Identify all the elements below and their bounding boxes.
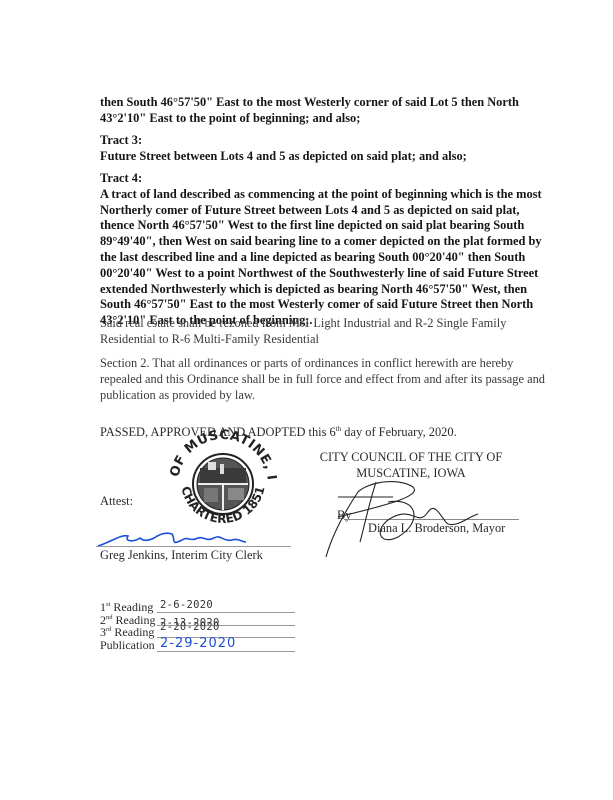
text-line: repealed and this Ordinance shall be in … [100, 372, 540, 388]
text-line: Residential to R-6 Multi-Family Resident… [100, 332, 540, 348]
text-line: Said real estate shall be rezoned from M… [100, 316, 540, 332]
text-line: Section 2. That all ordinances or parts … [100, 356, 540, 372]
tract-3-heading: Tract 3: [100, 133, 540, 149]
text-line: extended Northwesterly which is depicted… [100, 282, 540, 298]
text-line: 00°20'40" West to a point Northwest of t… [100, 266, 540, 282]
reading-date: 2-6-2020 [160, 599, 213, 611]
attest-label: Attest: [100, 494, 133, 509]
passed-rest: day of February, 2020. [341, 425, 457, 439]
text-line: South 46°57'50" East to the most Westerl… [100, 297, 540, 313]
document-page: then South 46°57'50" East to the most We… [0, 0, 613, 800]
publication-label: Publication [100, 638, 155, 653]
publication-label-text: Publication [100, 638, 155, 652]
text-line: thence North 46°57'50" West to the first… [100, 218, 540, 234]
text-line: Future Street between Lots 4 and 5 as de… [100, 149, 540, 165]
clerk-signature-line [96, 546, 291, 547]
tract-3: Tract 3: Future Street between Lots 4 an… [100, 133, 540, 165]
mayor-signature-icon [318, 462, 528, 562]
readings-table: 1st Reading 2-6-2020 2nd Reading 2-13-20… [100, 600, 300, 652]
text-line: then South 46°57'50" East to the most We… [100, 95, 540, 111]
reading-row: Publication 2-29-2020 [100, 638, 300, 652]
section-2-paragraph: Section 2. That all ordinances or parts … [100, 356, 540, 403]
tract-2-continuation: then South 46°57'50" East to the most We… [100, 95, 540, 127]
clerk-name: Greg Jenkins, Interim City Clerk [100, 548, 263, 563]
reading-row: 1st Reading 2-6-2020 [100, 600, 300, 613]
text-line: publication as provided by law. [100, 388, 540, 404]
reading-date: 2-20-2020 [160, 621, 220, 633]
rezone-paragraph: Said real estate shall be rezoned from M… [100, 316, 540, 348]
text-line: 43°2'10" East to the point of beginning;… [100, 111, 540, 127]
publication-date: 2-29-2020 [160, 636, 236, 651]
text-line: A tract of land described as commencing … [100, 187, 540, 203]
tract-4-heading: Tract 4: [100, 171, 540, 187]
tract-4: Tract 4: A tract of land described as co… [100, 171, 540, 329]
text-line: Northerly comer of Future Street between… [100, 203, 540, 219]
text-line: the last described line and a line depic… [100, 250, 540, 266]
city-seal-icon: CITY OF MUSCATINE, IOWA ★ CHARTERED 1851… [164, 422, 282, 540]
text-line: 89°49'40", then West on said bearing lin… [100, 234, 540, 250]
reading-line [157, 651, 295, 652]
